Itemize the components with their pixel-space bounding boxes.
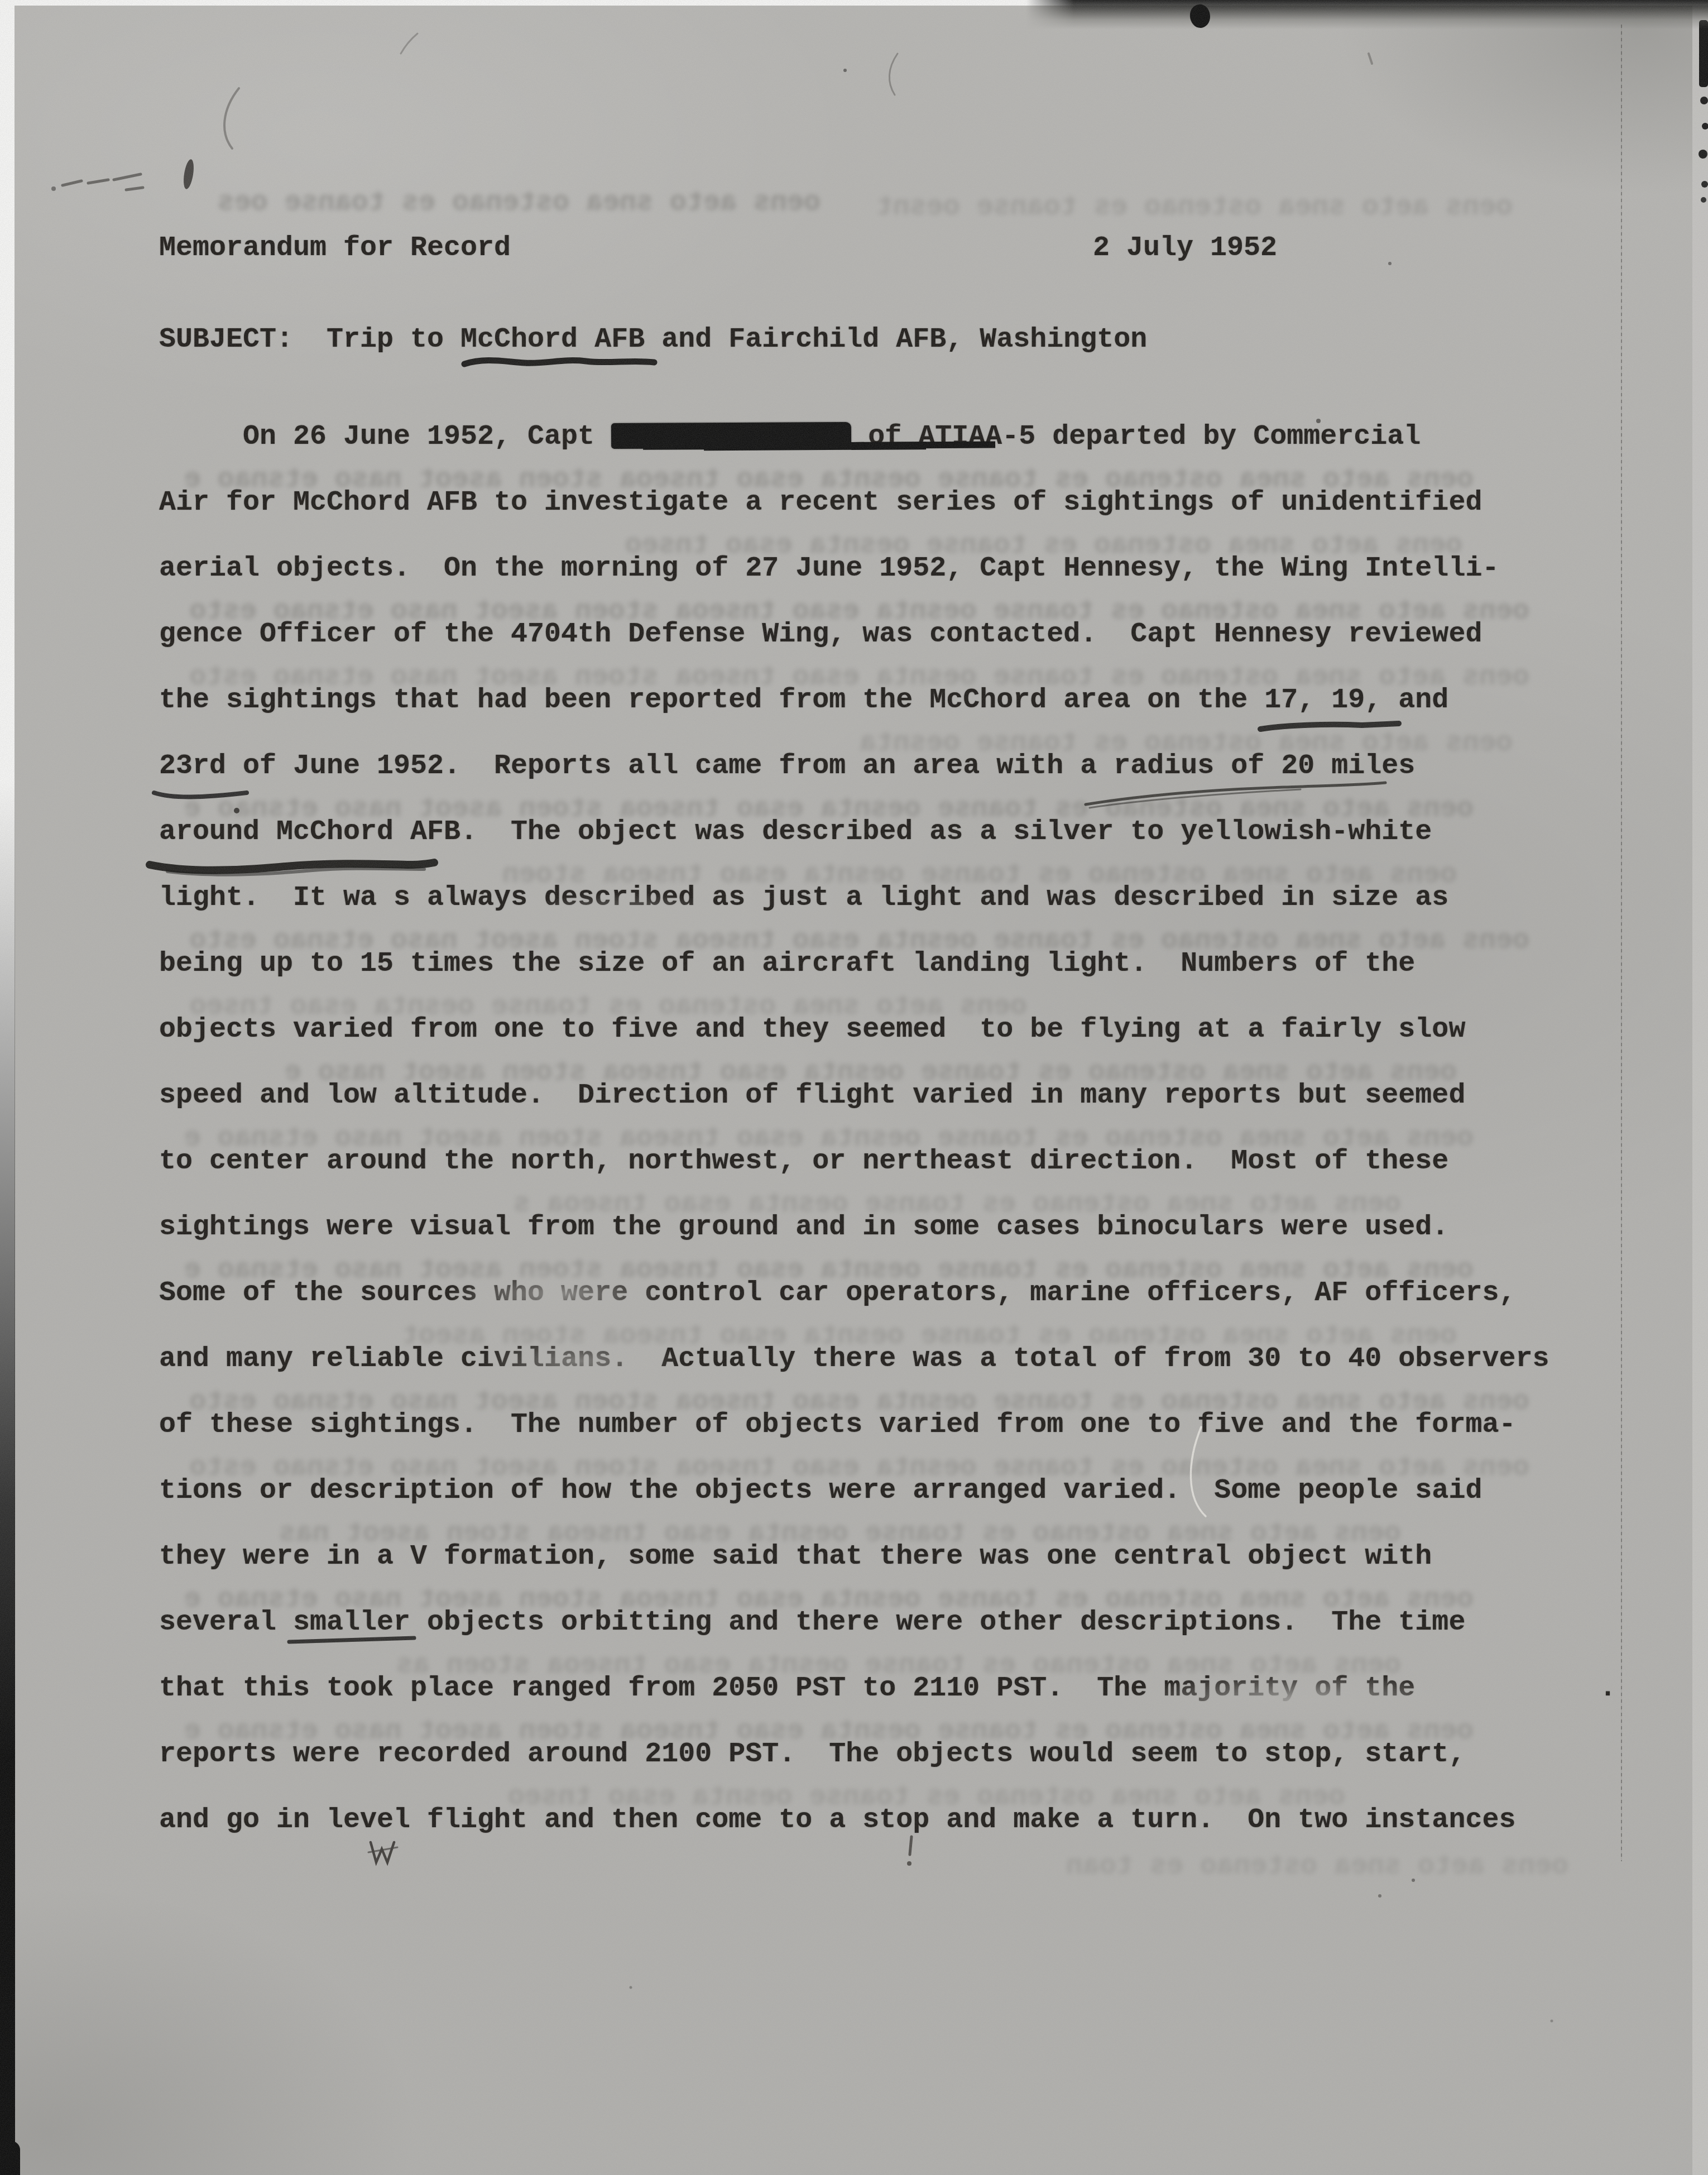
- memo-body-line: around McChord AFB. The object was descr…: [159, 799, 1616, 865]
- left-edge-black-strip: [0, 782, 15, 2175]
- memo-body-line: gence Officer of the 4704th Defense Wing…: [159, 602, 1616, 668]
- left-edge-corner-blob: [0, 2141, 20, 2175]
- subject-text: Trip to McChord AFB and Fairchild AFB, W…: [327, 324, 1147, 356]
- subject-label: SUBJECT:: [159, 324, 293, 356]
- memo-body-line: they were in a V formation, some said th…: [159, 1524, 1616, 1590]
- memo-line-text: of ATIAA-5 departed by Commercial: [851, 421, 1421, 453]
- memo-body-line: reports were recorded around 2100 PST. T…: [159, 1722, 1616, 1788]
- memo-body-line: sightings were visual from the ground an…: [159, 1195, 1616, 1261]
- top-edge-dark-band: [1026, 0, 1708, 29]
- memo-body-line: of these sightings. The number of object…: [159, 1392, 1616, 1458]
- memo-body-line: several smaller objects orbitting and th…: [159, 1590, 1616, 1656]
- memo-body: On 26 June 1952, Capt of ATIAA-5 departe…: [159, 404, 1616, 1853]
- memo-title: Memorandum for Record: [159, 232, 511, 265]
- subject-line: SUBJECT:Trip to McChord AFB and Fairchil…: [159, 323, 1147, 357]
- paper-right-edge: [1692, 6, 1708, 2175]
- memo-body-line: and go in level flight and then come to …: [159, 1788, 1616, 1853]
- memo-body-line: and many reliable civilians. Actually th…: [159, 1326, 1616, 1392]
- memo-body-line: being up to 15 times the size of an airc…: [159, 931, 1616, 997]
- memo-body-line: 23rd of June 1952. Reports all came from…: [159, 734, 1616, 799]
- memo-body-line: speed and low altitude. Direction of fli…: [159, 1063, 1616, 1129]
- memo-body-line: the sightings that had been reported fro…: [159, 668, 1616, 734]
- fold-line: [1621, 25, 1622, 1861]
- memo-body-line: light. It wa s always described as just …: [159, 865, 1616, 931]
- memo-body-line: On 26 June 1952, Capt of ATIAA-5 departe…: [159, 404, 1616, 470]
- memo-date: 2 July 1952: [1093, 232, 1277, 265]
- redaction-box: [611, 422, 851, 449]
- memo-body-line: Air for McChord AFB to investigate a rec…: [159, 470, 1616, 536]
- memo-line-text: On 26 June 1952, Capt: [159, 421, 611, 453]
- scanned-memo-page: { "document": { "kind": "Memorandum for …: [0, 0, 1708, 2175]
- memo-body-line: objects varied from one to five and they…: [159, 997, 1616, 1063]
- memo-body-line: to center around the north, northwest, o…: [159, 1129, 1616, 1195]
- memo-body-line: aerial objects. On the morning of 27 Jun…: [159, 536, 1616, 602]
- memo-body-line: Some of the sources who were control car…: [159, 1261, 1616, 1326]
- memo-body-line: tions or description of how the objects …: [159, 1458, 1616, 1524]
- memo-body-line: that this took place ranged from 2050 PS…: [159, 1656, 1616, 1722]
